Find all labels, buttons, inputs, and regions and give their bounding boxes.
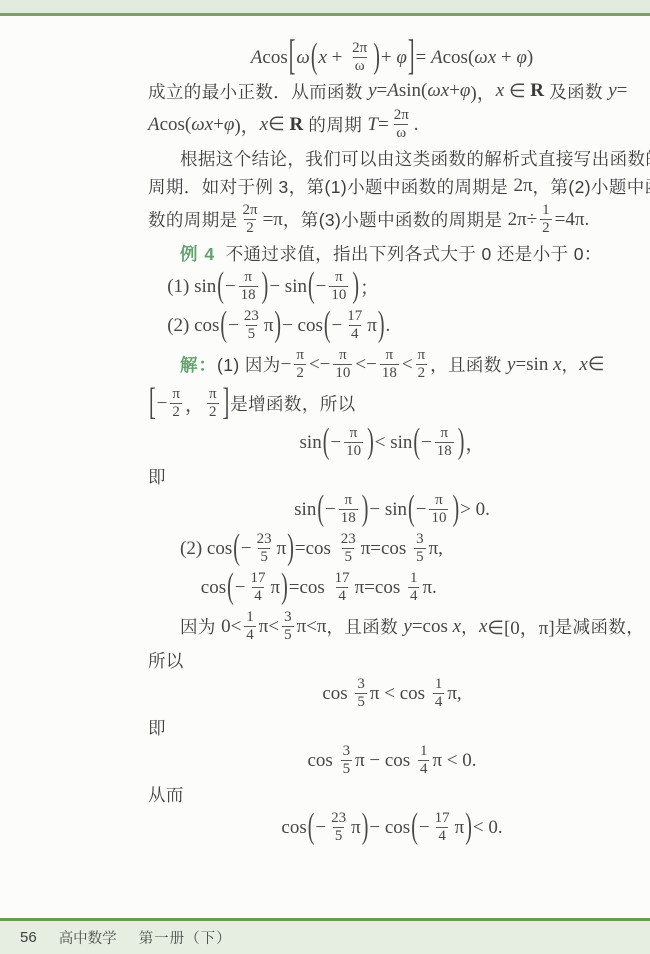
para-smallest-positive: 成立的最小正数．从而函数 y=Asin(ωx+φ)，x ∈ R 及函数 y= bbox=[148, 77, 636, 105]
math-roman: 2π bbox=[513, 175, 532, 197]
math-italic: ωx bbox=[474, 47, 496, 69]
math-roman: =cos bbox=[412, 616, 453, 638]
para-period-result: Acos(ωx+φ)，x∈ R 的周期 T=2πω. bbox=[148, 105, 636, 144]
big-delimiter: ( bbox=[216, 266, 225, 307]
math-roman: π< bbox=[259, 616, 279, 638]
fraction: 14 bbox=[408, 570, 420, 606]
accent-label: 解： bbox=[180, 352, 217, 377]
math-roman: cos bbox=[262, 47, 287, 69]
math-roman: + bbox=[449, 80, 460, 102]
big-delimiter: ( bbox=[316, 489, 325, 530]
math-italic: φ bbox=[460, 80, 471, 102]
fraction: 174 bbox=[249, 570, 268, 606]
fraction: 235 bbox=[329, 810, 348, 846]
textbook-page: Acos[ω(x + 2πω)+ φ]= Acos(ωx + φ)成立的最小正数… bbox=[0, 0, 650, 954]
big-delimiter: ( bbox=[232, 528, 241, 569]
fraction: 12 bbox=[540, 202, 552, 238]
math-roman: < 0. bbox=[473, 817, 503, 839]
content-lines: Acos[ω(x + 2πω)+ φ]= Acos(ωx + φ)成立的最小正数… bbox=[148, 38, 636, 847]
fraction: π2 bbox=[207, 386, 219, 422]
math-bold-roman: R bbox=[289, 114, 303, 136]
math-roman: < bbox=[402, 354, 413, 376]
math-roman: π − cos bbox=[355, 750, 415, 772]
math-italic: y bbox=[368, 80, 376, 102]
math-roman: sin bbox=[300, 432, 322, 454]
math-roman: − bbox=[241, 538, 252, 560]
big-delimiter: ) bbox=[361, 807, 370, 848]
big-delimiter: ( bbox=[322, 422, 331, 463]
text-run: 是减函数， bbox=[555, 614, 645, 639]
math-italic: φ bbox=[224, 114, 235, 136]
fraction: 2πω bbox=[392, 107, 411, 143]
math-italic: φ bbox=[516, 47, 527, 69]
math-italic: x bbox=[479, 616, 487, 638]
big-delimiter: ) bbox=[372, 37, 381, 78]
math-roman: 2π÷ bbox=[508, 209, 538, 231]
fraction: π18 bbox=[435, 425, 454, 461]
math-roman: − cos bbox=[369, 817, 410, 839]
math-roman: cos( bbox=[443, 47, 475, 69]
text-run: 所以 bbox=[148, 648, 184, 673]
big-delimiter: ( bbox=[307, 807, 316, 848]
text-run: 周期．如对于例 3，第(1)小题中函数的周期是 bbox=[148, 174, 513, 199]
math-roman: cos bbox=[201, 577, 226, 599]
math-roman: > 0. bbox=[460, 499, 490, 521]
math-roman: − bbox=[416, 499, 427, 521]
fraction: 174 bbox=[433, 810, 452, 846]
text-run: 数的周期是 bbox=[148, 207, 238, 232]
math-roman: π bbox=[264, 315, 274, 337]
big-delimiter: ( bbox=[323, 305, 332, 346]
math-roman: π < 0. bbox=[432, 750, 476, 772]
math-italic: A bbox=[387, 80, 399, 102]
text-run: 根据这个结论，我们可以由这类函数的解析式直接写出函数的 bbox=[180, 146, 650, 171]
eq-final: cos(−235π)− cos(−174π)< 0. bbox=[148, 808, 636, 847]
example4-heading: 例 4 不通过求值，指出下列各式大于 0 还是小于 0： bbox=[148, 239, 636, 267]
fraction: 174 bbox=[333, 570, 352, 606]
solution2-line3: 因为 0<14π<35π<π，且函数 y=cos x，x∈[0，π]是减函数， bbox=[148, 607, 636, 646]
big-delimiter: ] bbox=[222, 382, 231, 426]
text-run: ， bbox=[461, 614, 479, 639]
big-delimiter: ) bbox=[366, 422, 375, 463]
math-roman: π, bbox=[447, 683, 461, 705]
math-roman: π < cos bbox=[370, 683, 430, 705]
eq-cos-difference: cos 35π − cos 14π < 0. bbox=[148, 741, 636, 780]
math-roman: (1) sin bbox=[167, 276, 216, 298]
text-run: 及函数 bbox=[544, 79, 608, 104]
page-top-rule bbox=[0, 13, 650, 16]
math-roman: ) bbox=[527, 47, 533, 69]
math-bold-roman: R bbox=[530, 80, 544, 102]
fraction: 35 bbox=[355, 676, 367, 712]
math-roman: − bbox=[228, 315, 239, 337]
big-delimiter: ( bbox=[407, 489, 416, 530]
math-roman: )， bbox=[234, 111, 259, 138]
book-volume: 第一册（下） bbox=[139, 927, 232, 948]
math-roman: − bbox=[330, 432, 341, 454]
math-roman: π bbox=[367, 315, 377, 337]
big-delimiter: ) bbox=[457, 422, 466, 463]
math-roman: π=cos bbox=[361, 538, 411, 560]
math-roman: )， bbox=[470, 78, 495, 105]
fraction: π10 bbox=[329, 269, 348, 305]
math-roman: =cos bbox=[289, 577, 330, 599]
math-roman: π bbox=[351, 817, 361, 839]
math-roman: sin bbox=[294, 499, 316, 521]
big-delimiter: ) bbox=[273, 305, 282, 346]
math-italic: y bbox=[403, 616, 411, 638]
text-run: 即 bbox=[148, 715, 166, 740]
eq-cos-compare: cos 35π < cos 14π, bbox=[148, 674, 636, 713]
math-roman: − bbox=[235, 577, 246, 599]
math-roman: =4π. bbox=[555, 209, 590, 231]
math-italic: A bbox=[251, 47, 263, 69]
big-delimiter: ) bbox=[377, 305, 386, 346]
fraction: 2π2 bbox=[241, 202, 260, 238]
fraction: π10 bbox=[333, 347, 352, 383]
math-roman: sin( bbox=[399, 80, 428, 102]
math-italic: ωx bbox=[191, 114, 213, 136]
math-roman: − bbox=[419, 817, 430, 839]
eq-sin-compare: sin(−π10)< sin(−π18)， bbox=[148, 423, 636, 462]
math-italic: x bbox=[260, 114, 268, 136]
math-roman: π bbox=[271, 577, 281, 599]
big-delimiter: ) bbox=[361, 489, 370, 530]
big-delimiter: ( bbox=[310, 37, 319, 78]
math-roman: − bbox=[325, 499, 336, 521]
math-italic: φ bbox=[396, 47, 407, 69]
big-delimiter: ) bbox=[261, 266, 270, 307]
math-roman: + bbox=[496, 47, 516, 69]
example4-item1: (1) sin(−π18)− sin(−π10)； bbox=[148, 267, 636, 306]
word-conger: 从而 bbox=[148, 780, 636, 808]
big-delimiter: ( bbox=[307, 266, 316, 307]
big-delimiter: [ bbox=[148, 382, 157, 426]
math-roman: cos bbox=[307, 750, 337, 772]
text-run: 即 bbox=[148, 464, 166, 489]
math-italic: x bbox=[496, 80, 504, 102]
para-conclusion-3: 数的周期是2π2=π，第(3)小题中函数的周期是 2π÷12=4π. bbox=[148, 200, 636, 239]
math-roman: − bbox=[332, 315, 343, 337]
math-italic: A bbox=[148, 114, 160, 136]
page-number: 56 bbox=[20, 929, 37, 946]
math-roman: ∈[0，π] bbox=[487, 613, 554, 640]
text-run: 从而 bbox=[148, 782, 184, 807]
math-italic: ω bbox=[296, 47, 309, 69]
math-roman: (2) cos bbox=[180, 538, 232, 560]
math-roman: π bbox=[455, 817, 465, 839]
page-top-band bbox=[0, 0, 650, 13]
math-roman: π, bbox=[429, 538, 443, 560]
big-delimiter: ( bbox=[410, 807, 419, 848]
text-run: ，第(3)小题中函数的周期是 bbox=[283, 207, 508, 232]
fraction: π18 bbox=[339, 492, 358, 528]
fraction: 2πω bbox=[350, 40, 369, 76]
math-roman: (2) cos bbox=[167, 315, 219, 337]
math-italic: y bbox=[608, 80, 616, 102]
math-roman: − bbox=[157, 393, 168, 415]
fraction: 35 bbox=[282, 609, 294, 645]
book-title: 高中数学 bbox=[59, 927, 117, 948]
text-run: ，且函数 bbox=[327, 614, 404, 639]
fraction: 235 bbox=[339, 531, 358, 567]
math-roman: − bbox=[225, 276, 236, 298]
display-formula-period-identity: Acos[ω(x + 2πω)+ φ]= Acos(ωx + φ) bbox=[148, 38, 636, 77]
big-delimiter: ) bbox=[464, 807, 473, 848]
fraction: π2 bbox=[416, 347, 428, 383]
text-run: 的周期 bbox=[303, 112, 367, 137]
math-roman: = bbox=[378, 114, 389, 136]
math-roman: 0< bbox=[221, 616, 241, 638]
math-roman: = bbox=[377, 80, 388, 102]
big-delimiter: ( bbox=[412, 422, 421, 463]
fraction: 35 bbox=[414, 531, 426, 567]
math-roman: ； bbox=[360, 273, 379, 300]
example4-item2: (2) cos(−235π)− cos(−174π). bbox=[148, 306, 636, 345]
math-roman: <− bbox=[309, 354, 330, 376]
math-roman: <− bbox=[355, 354, 376, 376]
word-ji-1: 即 bbox=[148, 462, 636, 490]
math-roman: = bbox=[617, 80, 628, 102]
math-roman: = bbox=[416, 47, 431, 69]
big-delimiter: ) bbox=[286, 528, 295, 569]
math-roman: + bbox=[381, 47, 396, 69]
fraction: 14 bbox=[244, 609, 256, 645]
math-roman: − bbox=[421, 432, 432, 454]
fraction: π18 bbox=[380, 347, 399, 383]
math-roman: − bbox=[281, 354, 292, 376]
math-italic: x bbox=[579, 354, 587, 376]
math-roman: =cos bbox=[295, 538, 336, 560]
math-roman: ∈ bbox=[588, 353, 605, 376]
math-roman: − bbox=[316, 276, 327, 298]
math-italic: x bbox=[553, 354, 561, 376]
math-roman: ∈ bbox=[504, 80, 530, 103]
text-run: 成立的最小正数．从而函数 bbox=[148, 79, 368, 104]
fraction: 14 bbox=[418, 743, 430, 779]
big-delimiter: ) bbox=[351, 266, 360, 307]
fraction: π2 bbox=[170, 386, 182, 422]
math-roman: − sin bbox=[269, 276, 307, 298]
para-conclusion-1: 根据这个结论，我们可以由这类函数的解析式直接写出函数的 bbox=[148, 144, 636, 172]
text-run: 是增函数，所以 bbox=[230, 391, 355, 416]
math-roman: cos bbox=[281, 817, 306, 839]
fraction: 235 bbox=[255, 531, 274, 567]
math-roman: =π bbox=[263, 209, 283, 231]
math-roman: − sin bbox=[369, 499, 407, 521]
text-run: 不通过求值，指出下列各式大于 0 还是小于 0： bbox=[215, 241, 602, 266]
math-roman: + bbox=[213, 114, 224, 136]
big-delimiter: [ bbox=[288, 33, 297, 81]
math-italic: T bbox=[367, 114, 378, 136]
text-run: ，第(2)小题中函 bbox=[533, 174, 650, 199]
page-footer-band: 56 高中数学 第一册（下） bbox=[0, 921, 650, 954]
math-roman: π bbox=[277, 538, 287, 560]
word-ji-2: 即 bbox=[148, 713, 636, 741]
text-run: ， bbox=[562, 352, 580, 377]
math-roman: ∈ bbox=[268, 113, 289, 136]
solution-line1: 解：(1) 因为−π2<−π10<−π18<π2，且函数 y=sin x，x∈ bbox=[148, 345, 636, 384]
math-roman: cos( bbox=[160, 114, 192, 136]
big-delimiter: ] bbox=[407, 33, 416, 81]
fraction: 35 bbox=[341, 743, 353, 779]
fraction: π10 bbox=[344, 425, 363, 461]
solution2-line2: cos(−174π)=cos 174π=cos 14π. bbox=[148, 568, 636, 607]
big-delimiter: ) bbox=[451, 489, 460, 530]
math-italic: y bbox=[507, 354, 515, 376]
math-roman: cos bbox=[322, 683, 352, 705]
text-run: (1) 因为 bbox=[217, 352, 281, 377]
math-italic: ωx bbox=[427, 80, 449, 102]
math-roman: < sin bbox=[375, 432, 413, 454]
math-roman: . bbox=[386, 315, 391, 337]
math-roman: π=cos bbox=[355, 577, 405, 599]
math-italic: A bbox=[431, 47, 443, 69]
solution-line2: [−π2，π2]是增函数，所以 bbox=[148, 384, 636, 423]
math-roman: π. bbox=[422, 577, 436, 599]
eq-sin-difference: sin(−π18)− sin(−π10)> 0. bbox=[148, 490, 636, 529]
math-roman: ， bbox=[185, 390, 204, 417]
math-roman: =sin bbox=[515, 354, 553, 376]
fraction: 174 bbox=[345, 308, 364, 344]
math-italic: x bbox=[318, 47, 326, 69]
math-roman: π<π bbox=[297, 616, 327, 638]
math-roman: + bbox=[327, 47, 347, 69]
math-roman: ， bbox=[465, 429, 484, 456]
para-conclusion-2: 周期．如对于例 3，第(1)小题中函数的周期是 2π，第(2)小题中函 bbox=[148, 172, 636, 200]
fraction: π10 bbox=[429, 492, 448, 528]
fraction: 14 bbox=[433, 676, 445, 712]
fraction: π2 bbox=[294, 347, 306, 383]
math-roman: − bbox=[315, 817, 326, 839]
solution2-line1: (2) cos(−235π)=cos 235π=cos 35π, bbox=[148, 529, 636, 568]
fraction: 235 bbox=[242, 308, 261, 344]
math-roman: . bbox=[414, 114, 419, 136]
big-delimiter: ( bbox=[219, 305, 228, 346]
fraction: π18 bbox=[239, 269, 258, 305]
math-roman: − cos bbox=[282, 315, 323, 337]
text-run: 因为 bbox=[180, 614, 221, 639]
math-italic: x bbox=[453, 616, 461, 638]
big-delimiter: ( bbox=[226, 567, 235, 608]
text-run: ，且函数 bbox=[430, 352, 507, 377]
big-delimiter: ) bbox=[280, 567, 289, 608]
accent-label: 例 4 bbox=[180, 241, 215, 266]
word-suoyi: 所以 bbox=[148, 646, 636, 674]
